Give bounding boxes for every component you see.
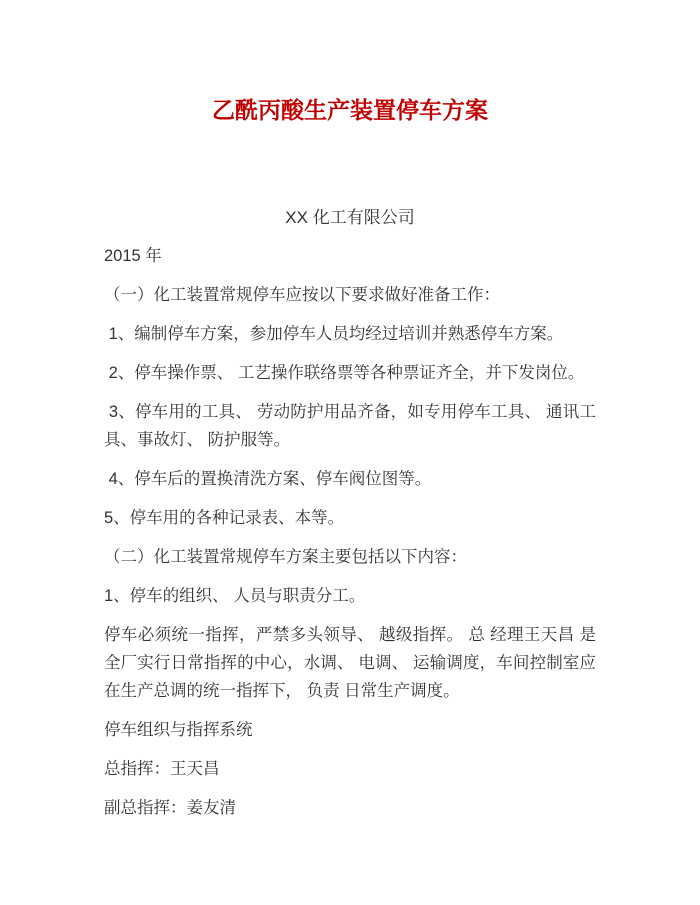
paragraph-item-1: 1、编制停车方案，参加停车人员均经过培训并熟悉停车方案。 [104,320,596,348]
document-page: 乙酰丙酸生产装置停车方案 XX 化工有限公司 2015 年 （一）化工装置常规停… [0,0,700,905]
paragraph-item-4: 4、停车后的置换清洗方案、停车阀位图等。 [104,465,596,493]
paragraph-chief-commander: 总指挥：王天昌 [104,755,596,783]
paragraph-org-system: 停车组织与指挥系统 [104,716,596,744]
document-title: 乙酰丙酸生产装置停车方案 [104,92,596,128]
paragraph-item-2-1: 1、停车的组织、 人员与职责分工。 [104,582,596,610]
paragraph-item-3: 3、停车用的工具、 劳动防护用品齐备，如专用停车工具、 通讯工具、事故灯、 防护… [104,398,596,454]
paragraph-deputy-commander: 副总指挥：姜友清 [104,794,596,822]
paragraph-section-2-heading: （二）化工装置常规停车方案主要包括以下内容： [104,543,596,571]
paragraph-section-1-heading: （一）化工装置常规停车应按以下要求做好准备工作： [104,281,596,309]
paragraph-command-body: 停车必须统一指挥，严禁多头领导、 越级指挥。 总 经理王天昌 是全厂实行日常指挥… [104,621,596,705]
year-line: 2015 年 [104,242,596,270]
paragraph-item-5: 5、停车用的各种记录表、本等。 [104,504,596,532]
paragraph-item-2: 2、停车操作票、 工艺操作联络票等各种票证齐全，并下发岗位。 [104,359,596,387]
company-name: XX 化工有限公司 [104,204,596,232]
